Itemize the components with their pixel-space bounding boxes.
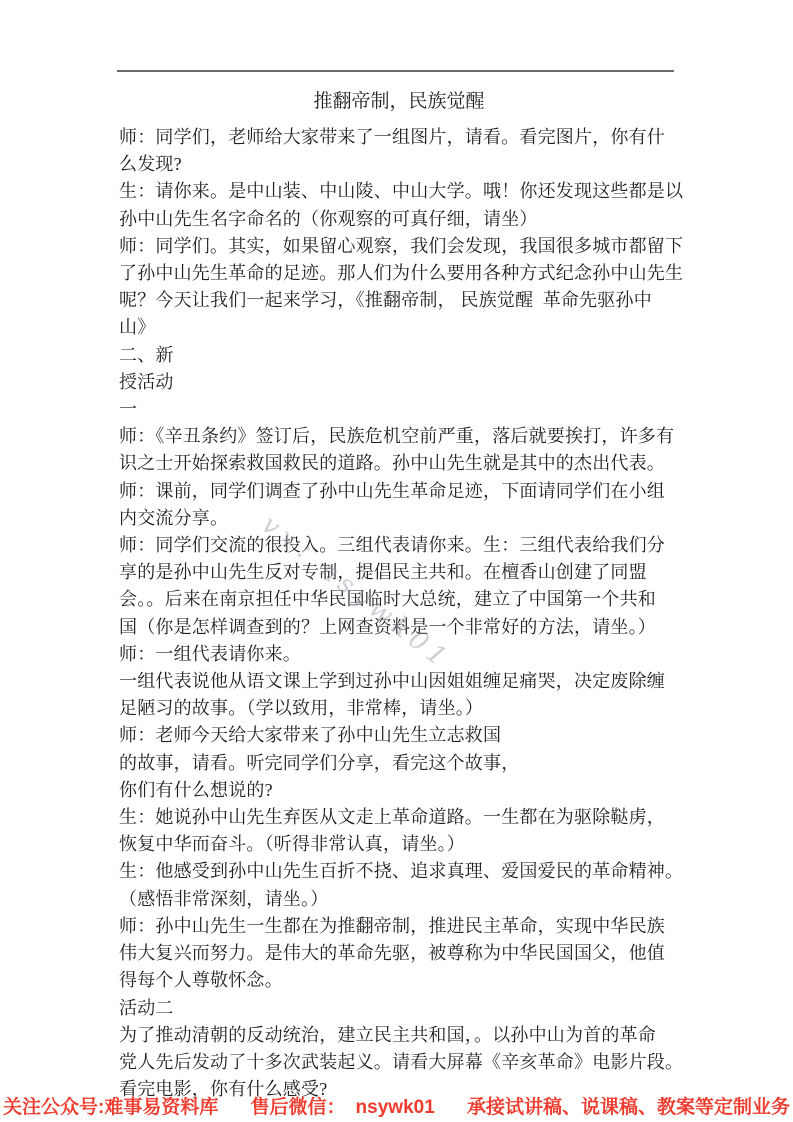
text-line: 识之士开始探索救国救民的道路。孙中山先生就是其中的杰出代表。 — [119, 450, 679, 477]
text-line: 生：她说孙中山先生弃医从文走上革命道路。一生都在为驱除鞑虏， — [119, 804, 679, 831]
text-line: 恢复中华而奋斗。（听得非常认真，请坐。） — [119, 831, 679, 858]
text-line: 足陋习的故事。（学以致用，非常棒，请坐。） — [119, 695, 679, 722]
text-line: 山》 — [119, 314, 679, 341]
footer-services-text: 承接试讲稿、说课稿、教案等定制业务 — [467, 1092, 790, 1119]
footer-wechat: 售后微信：nsywk01 — [251, 1092, 435, 1119]
text-line: 你们有什么想说的? — [119, 777, 679, 804]
text-line: 师：老师今天给大家带来了孙中山先生立志救国 — [119, 722, 679, 749]
footer-wechat-id: nsywk01 — [356, 1097, 435, 1118]
text-line: 呢？今天让我们一起来学习，《推翻帝制， 民族觉醒 革命先驱孙中 — [119, 287, 679, 314]
text-line: 伟大复兴而努力。是伟大的革命先驱，被尊称为中华民国国父，他值 — [119, 940, 679, 967]
text-line: 师：《辛丑条约》签订后，民族危机空前严重，落后就要挨打，许多有 — [119, 423, 679, 450]
text-line: 师：一组代表请你来。 — [119, 641, 679, 668]
text-line: 师：同学们。其实，如果留心观察，我们会发现，我国很多城市都留下 — [119, 233, 679, 260]
footer-banner: 关注公众号:难事易资料库 售后微信：nsywk01 承接试讲稿、说课稿、教案等定… — [0, 1092, 793, 1119]
text-line: 了孙中山先生革命的足迹。那人们为什么要用各种方式纪念孙中山先生 — [119, 260, 679, 287]
text-line: 内交流分享。 — [119, 505, 679, 532]
text-line: 会。。后来在南京担任中华民国临时大总统，建立了中国第一个共和 — [119, 586, 679, 613]
document-body: 推翻帝制，民族觉醒 师：同学们，老师给大家带来了一组图片，请看。看完图片，你有什… — [119, 88, 679, 1103]
footer-wechat-label: 售后微信： — [251, 1097, 346, 1118]
text-line: 生：请你来。是中山装、中山陵、中山大学。哦！你还发现这些都是以 — [119, 178, 679, 205]
text-line: 么发现? — [119, 151, 679, 178]
header-divider — [117, 70, 674, 72]
text-line: 师：同学们交流的很投入。三组代表请你来。生：三组代表给我们分 — [119, 532, 679, 559]
text-line: 一组代表说他从语文课上学到过孙中山因姐姐缠足痛哭，决定废除缠 — [119, 668, 679, 695]
text-line: 得每个人尊敬怀念。 — [119, 967, 679, 994]
text-line: 的故事，请看。听完同学们分享，看完这个故事， — [119, 750, 679, 777]
text-line: 师：同学们，老师给大家带来了一组图片，请看。看完图片，你有什 — [119, 124, 679, 151]
document-title: 推翻帝制，民族觉醒 — [119, 88, 679, 115]
text-line: 活动二 — [119, 995, 679, 1022]
text-line: 党人先后发动了十多次武装起义。请看大屏幕《辛亥革命》电影片段。 — [119, 1049, 679, 1076]
text-line: 孙中山先生名字命名的（你观察的可真仔细，请坐） — [119, 206, 679, 233]
text-line: 授活动 — [119, 369, 679, 396]
text-line: 师：课前，同学们调查了孙中山先生革命足迹，下面请同学们在小组 — [119, 478, 679, 505]
text-line: 享的是孙中山先生反对专制，提倡民主共和。在檀香山创建了同盟 — [119, 559, 679, 586]
text-line: 为了推动清朝的反动统治，建立民主共和国，。以孙中山为首的革命 — [119, 1022, 679, 1049]
footer-follow-text: 关注公众号:难事易资料库 — [3, 1092, 218, 1119]
text-line: 师：孙中山先生一生都在为推翻帝制，推进民主革命，实现中华民族 — [119, 913, 679, 940]
text-line: （感悟非常深刻，请坐。） — [119, 886, 679, 913]
text-line: 国（你是怎样调查到的？上网查资料是一个非常好的方法，请坐。） — [119, 614, 679, 641]
text-line: 一 — [119, 396, 679, 423]
document-page: 推翻帝制，民族觉醒 师：同学们，老师给大家带来了一组图片，请看。看完图片，你有什… — [0, 0, 793, 1122]
text-line: 生：他感受到孙中山先生百折不挠、追求真理、爱国爱民的革命精神。 — [119, 858, 679, 885]
text-line: 二、新 — [119, 342, 679, 369]
